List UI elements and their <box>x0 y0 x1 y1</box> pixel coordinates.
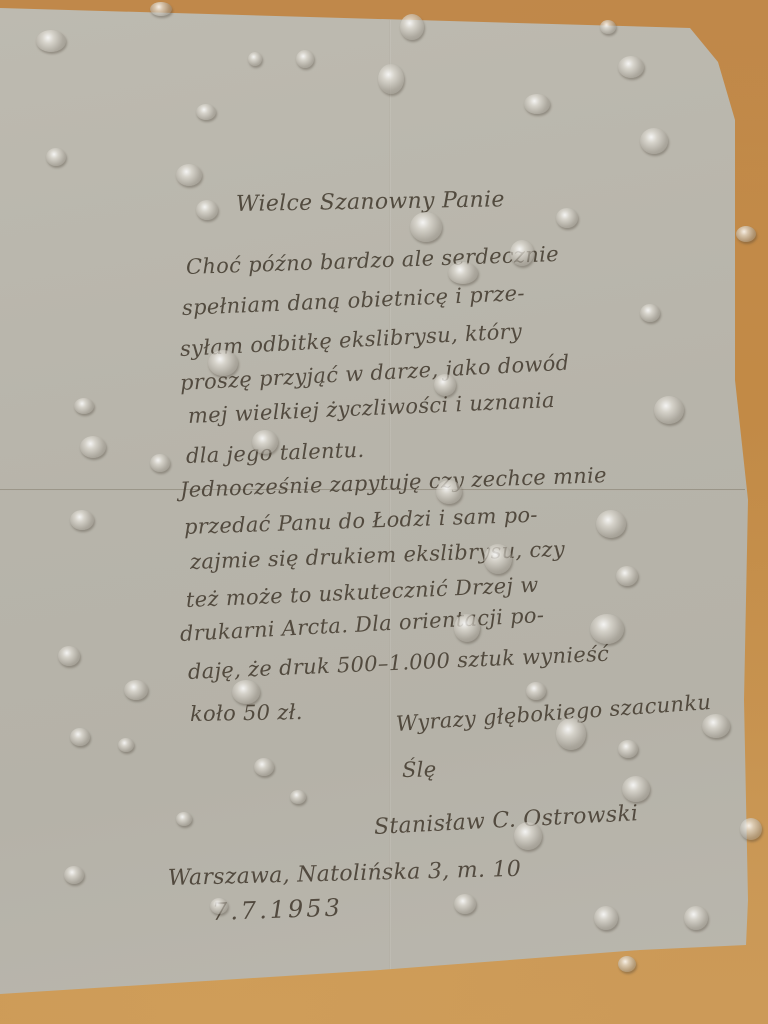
water-droplet <box>210 898 228 914</box>
letter-closing: Wyrazy głębokiego szacunku <box>395 690 712 736</box>
water-droplet <box>290 790 306 804</box>
water-droplet <box>296 50 314 68</box>
water-droplet <box>702 714 730 738</box>
water-droplet <box>64 866 84 884</box>
water-droplet <box>410 212 442 242</box>
water-droplet <box>80 436 106 458</box>
water-droplet <box>594 906 618 930</box>
water-droplet <box>448 262 478 284</box>
water-droplet <box>618 740 638 758</box>
water-droplet <box>196 104 216 120</box>
water-droplet <box>176 812 192 826</box>
water-droplet <box>556 208 578 228</box>
wooden-surface: Wielce Szanowny Panie Choć późno bardzo … <box>0 0 768 1024</box>
water-droplet <box>590 614 624 644</box>
water-droplet <box>640 128 668 154</box>
water-droplet <box>248 52 262 66</box>
water-droplet <box>740 818 762 840</box>
water-droplet <box>70 510 94 530</box>
water-droplet <box>618 56 644 78</box>
water-droplet <box>436 480 462 504</box>
body-line: mej wielkiej życzliwości i uznania <box>187 388 555 428</box>
water-droplet <box>254 758 274 776</box>
water-droplet <box>600 20 616 34</box>
signature: Stanisław C. Ostrowski <box>373 801 639 840</box>
letter-greeting: Wielce Szanowny Panie <box>236 187 505 217</box>
body-line: przedać Panu do Łodzi i sam po- <box>184 503 539 539</box>
body-line: daję, że druk 500–1.000 sztuk wynieść <box>187 642 609 684</box>
letter-closing-line2: Ślę <box>402 757 437 782</box>
water-droplet <box>46 148 66 166</box>
water-droplet <box>434 374 456 396</box>
water-droplet <box>36 30 66 52</box>
water-droplet <box>252 430 278 454</box>
water-droplet <box>232 680 260 704</box>
letter-date: 7.7.1953 <box>212 893 344 926</box>
body-line: Jednocześnie zapytuję czy zechce mnie <box>180 463 608 502</box>
water-droplet <box>74 398 94 414</box>
water-droplet <box>640 304 660 322</box>
water-droplet <box>70 728 90 746</box>
water-droplet <box>454 614 480 642</box>
water-droplet <box>622 776 650 802</box>
water-droplet <box>454 894 476 914</box>
water-droplet <box>150 454 170 472</box>
water-droplet <box>208 350 238 376</box>
body-line: spełniam daną obietnicę i prze- <box>181 281 525 320</box>
water-droplet <box>510 240 534 266</box>
body-line: Choć późno bardzo ale serdecznie <box>186 242 560 279</box>
water-droplet <box>400 14 424 40</box>
water-droplet <box>378 64 404 94</box>
water-droplet <box>618 956 636 972</box>
water-droplet <box>196 200 218 220</box>
sender-address: Warszawa, Natolińska 3, m. 10 <box>168 857 522 891</box>
water-droplet <box>118 738 134 752</box>
water-droplet <box>596 510 626 538</box>
water-droplet <box>58 646 80 666</box>
water-droplet <box>176 164 202 186</box>
water-droplet <box>736 226 756 242</box>
water-droplet <box>484 544 512 574</box>
water-droplet <box>524 94 550 114</box>
water-droplet <box>684 906 708 930</box>
water-droplet <box>526 682 546 700</box>
water-droplet <box>124 680 148 700</box>
water-droplet <box>654 396 684 424</box>
water-droplet <box>150 2 172 16</box>
water-droplet <box>514 822 542 850</box>
water-droplet <box>616 566 638 586</box>
water-droplet <box>556 718 586 750</box>
